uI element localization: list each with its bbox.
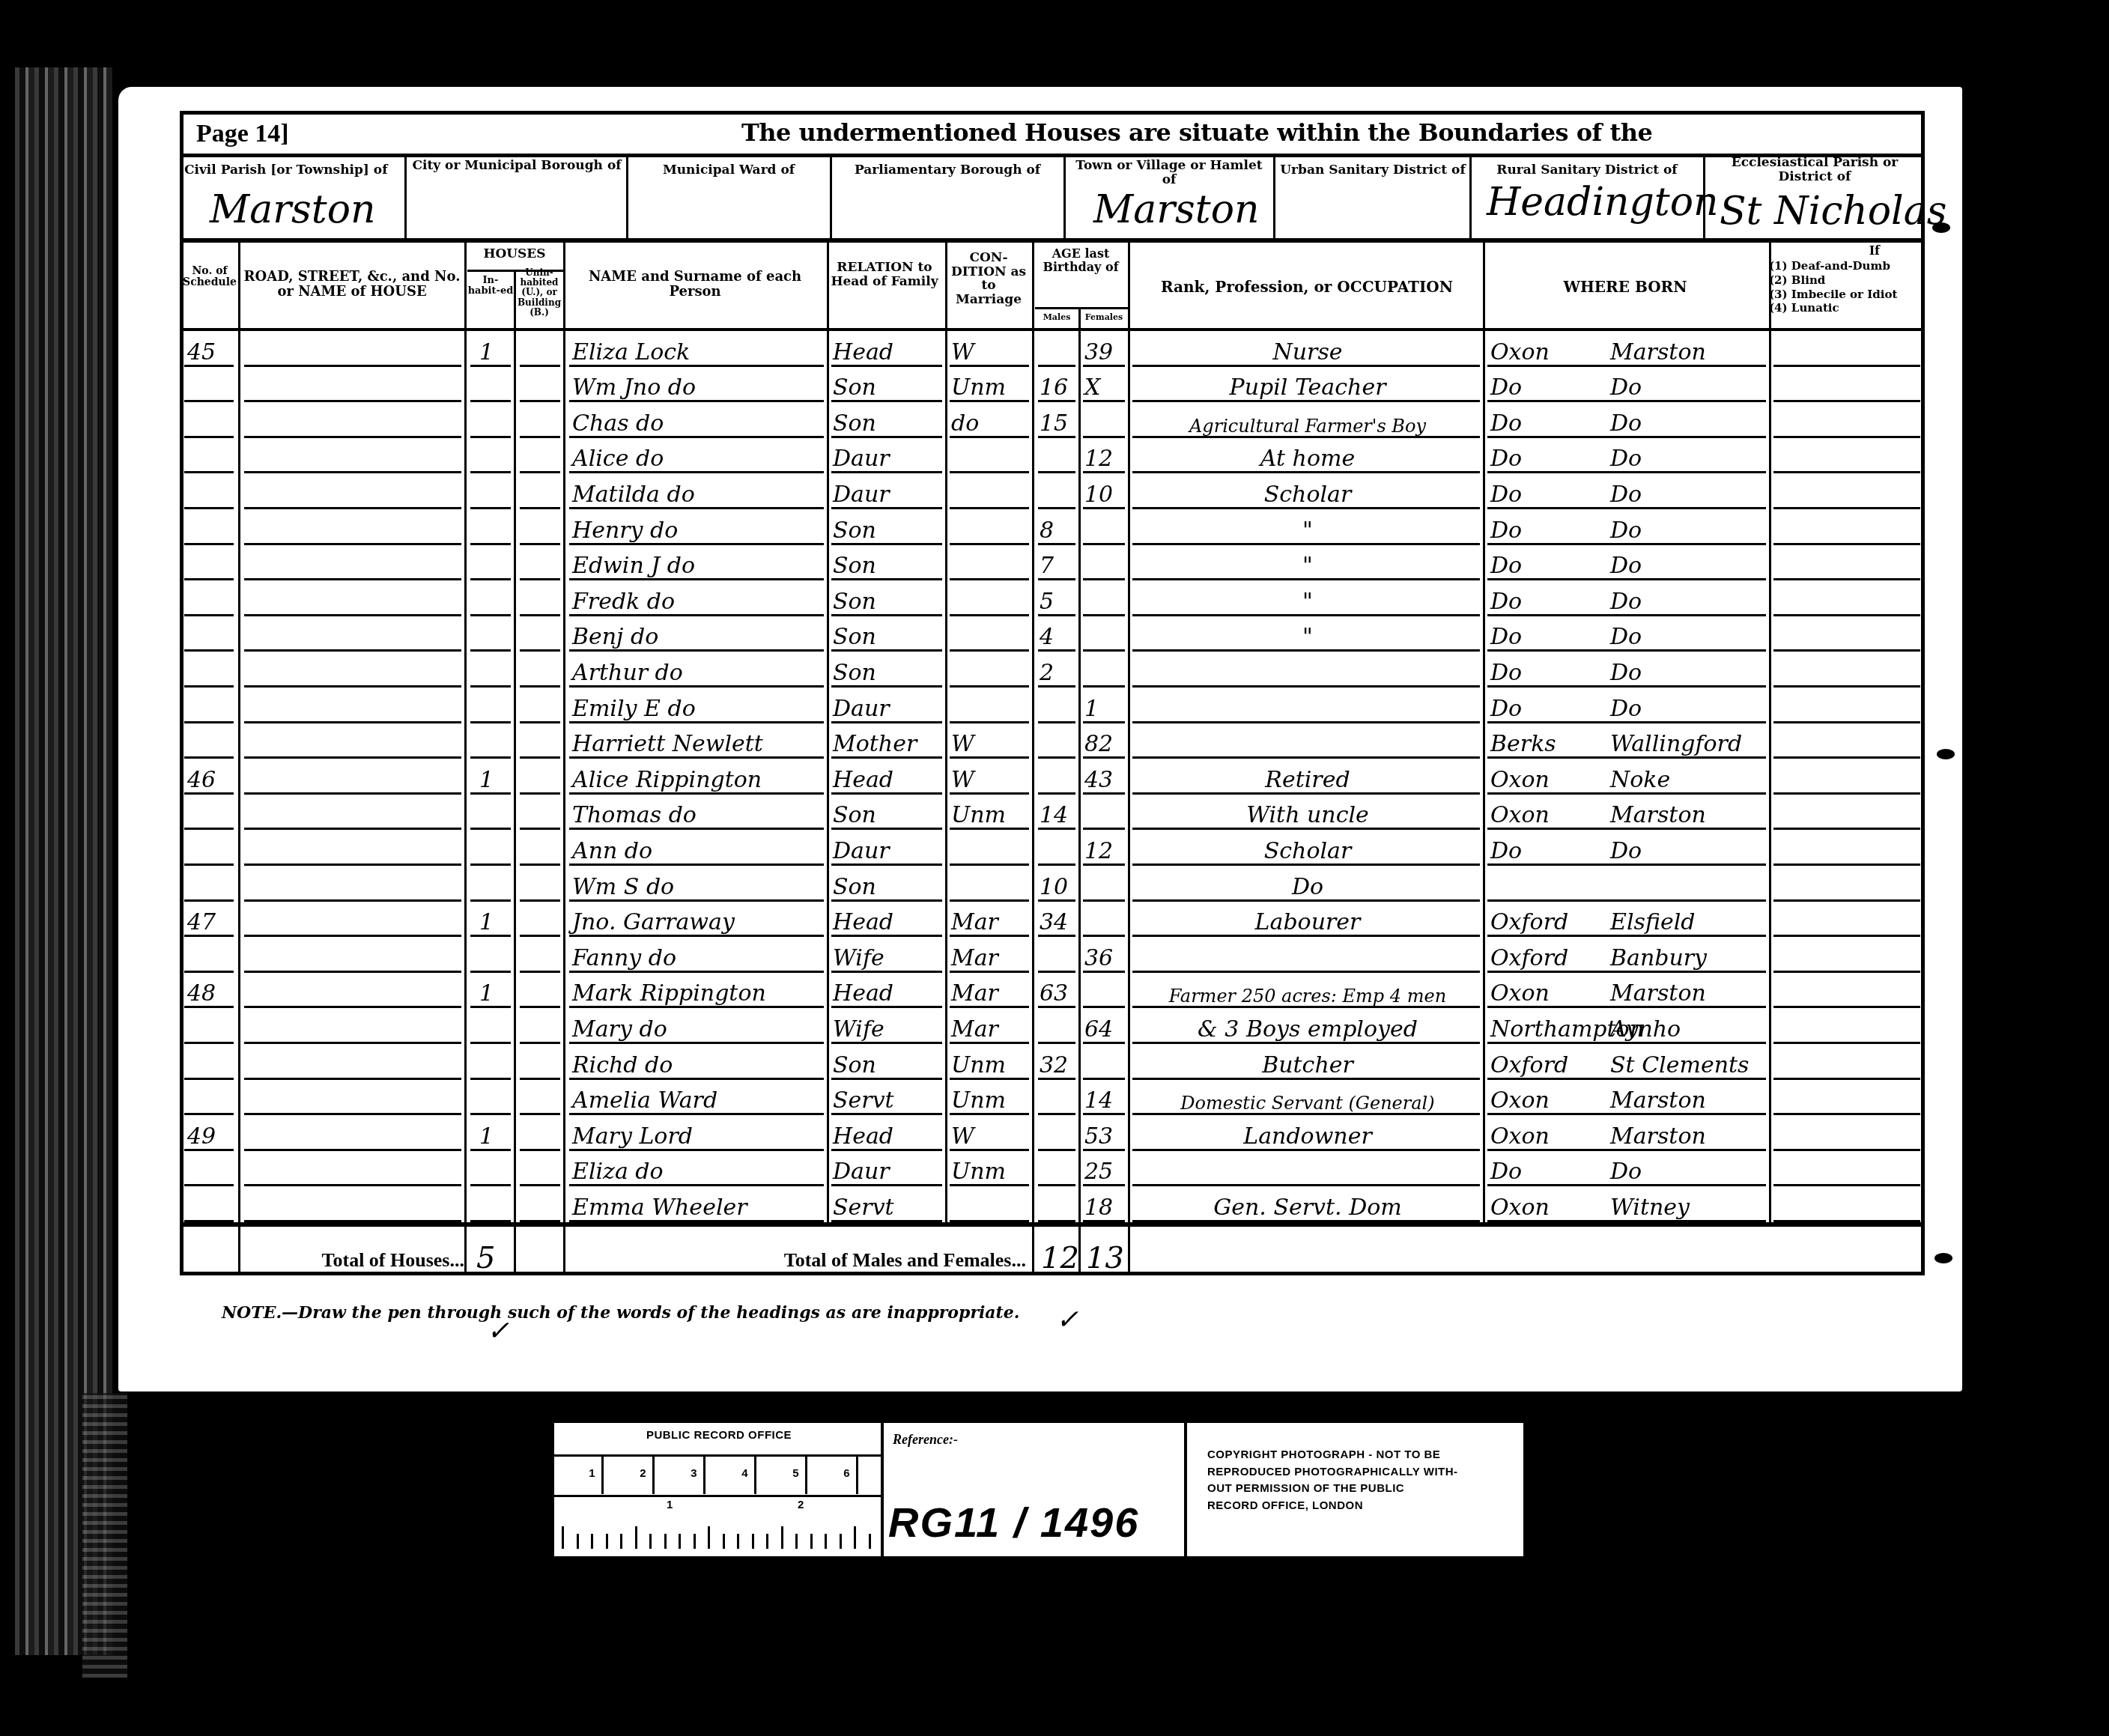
scale-cell: 3 [656, 1457, 705, 1494]
col-females-header: Females [1081, 313, 1126, 322]
row-rule [520, 935, 560, 937]
cell-occupation: Domestic Servant (General) [1135, 1080, 1480, 1116]
cell-female-age: X [1084, 367, 1126, 403]
cell-born-county: Oxford [1490, 937, 1603, 973]
cell-female-age [1084, 580, 1126, 616]
row-rule [244, 864, 461, 866]
infirmity-option: (2) Blind [1769, 273, 1923, 288]
cell-born-county: Do [1490, 545, 1603, 581]
divider [1063, 156, 1066, 240]
column-divider [514, 270, 516, 1273]
cell-male-age [1040, 830, 1077, 866]
cell-name: Ann do [572, 830, 824, 866]
row-rule [244, 685, 461, 688]
cell-schedule [187, 402, 232, 438]
cell-born-county: Oxon [1490, 1115, 1603, 1151]
row-rule [244, 1149, 461, 1151]
row-rule [244, 1113, 461, 1115]
cell-born-county: Do [1490, 652, 1603, 688]
col-relation-header: RELATION to Head of Family [828, 261, 941, 288]
cell-relation: Wife [833, 937, 942, 973]
cell-male-age [1040, 331, 1077, 367]
cell-relation: Daur [833, 438, 942, 474]
scale-tick [825, 1534, 827, 1549]
column-divider [563, 241, 565, 1275]
scale-tick [708, 1526, 710, 1549]
cell-born-place: Wallingford [1610, 723, 1767, 759]
boundary-rural-sanitary-value: Headington [1487, 180, 1719, 225]
cell-female-age: 12 [1084, 438, 1126, 474]
cell-born-place: Do [1610, 509, 1767, 545]
cell-male-age: 2 [1040, 652, 1077, 688]
row-rule [1773, 578, 1920, 580]
cell-name: Benj do [572, 616, 824, 652]
cell-relation: Servt [833, 1186, 942, 1222]
cell-relation: Daur [833, 688, 942, 723]
cell-occupation: " [1135, 580, 1480, 616]
total-females-value: 13 [1086, 1243, 1124, 1273]
row-rule [1773, 1078, 1920, 1080]
cell-condition [951, 473, 1029, 509]
cell-occupation: " [1135, 545, 1480, 581]
boundary-civil-parish-value: Marston [210, 187, 375, 232]
row-rule [1773, 1006, 1920, 1008]
cell-condition: W [951, 331, 1029, 367]
cell-inhabited [479, 509, 509, 545]
cell-name: Edwin J do [572, 545, 824, 581]
row-rule [520, 436, 560, 438]
row-rule [1773, 649, 1920, 652]
cell-female-age [1084, 545, 1126, 581]
cell-inhabited [479, 1151, 509, 1187]
row-rule [520, 649, 560, 652]
cell-relation: Son [833, 616, 942, 652]
row-rule [520, 1006, 560, 1008]
cell-occupation: With uncle [1135, 795, 1480, 831]
scan-edge-left-lower [82, 1393, 127, 1678]
copyright-line: REPRODUCED PHOTOGRAPHICALLY WITH- [1207, 1464, 1458, 1481]
scale-tick [562, 1526, 564, 1549]
cell-occupation: & 3 Boys employed [1135, 1008, 1480, 1044]
cell-born-place: Do [1610, 1151, 1767, 1187]
cell-name: Thomas do [572, 795, 824, 831]
cell-relation: Daur [833, 1151, 942, 1187]
footnote: NOTE.—Draw the pen through such of the w… [222, 1303, 1019, 1323]
cell-inhabited: 1 [479, 973, 509, 1009]
scale-label: 2 [798, 1499, 804, 1511]
cell-male-age: 34 [1040, 902, 1077, 938]
cell-inhabited [479, 1080, 509, 1116]
cell-female-age: 82 [1084, 723, 1126, 759]
cell-inhabited [479, 688, 509, 723]
cell-male-age [1040, 1151, 1077, 1187]
cell-inhabited [479, 937, 509, 973]
cell-schedule [187, 795, 232, 831]
row-rule [244, 1006, 461, 1008]
row-rule [1773, 828, 1920, 830]
cell-born-county: Oxon [1490, 1080, 1603, 1116]
scale-tick [854, 1526, 856, 1549]
row-rule [520, 365, 560, 367]
cell-relation: Son [833, 545, 942, 581]
cell-male-age: 14 [1040, 795, 1077, 831]
col-where-born-header: WHERE BORN [1483, 279, 1767, 295]
infirmity-option: (1) Deaf-and-Dumb [1769, 259, 1923, 273]
divider [626, 156, 628, 240]
cell-inhabited [479, 580, 509, 616]
stamp-scale-top: 123456 [554, 1457, 884, 1494]
cell-born-place: Do [1610, 688, 1767, 723]
scale-tick [679, 1534, 681, 1549]
boundary-town-label: Town or Village or Hamlet of [1068, 159, 1270, 186]
cell-condition: Unm [951, 795, 1029, 831]
cell-name: Wm Jno do [572, 367, 824, 403]
cell-born-county: Do [1490, 688, 1603, 723]
divider [180, 238, 1925, 243]
cell-name: Fredk do [572, 580, 824, 616]
cell-female-age: 25 [1084, 1151, 1126, 1187]
row-rule [520, 1042, 560, 1044]
cell-schedule [187, 616, 232, 652]
cell-relation: Head [833, 973, 942, 1009]
cell-name: Alice Rippington [572, 759, 824, 795]
row-rule [244, 614, 461, 616]
cell-schedule: 45 [187, 331, 232, 367]
scale-tick [577, 1534, 579, 1549]
row-rule [1773, 1042, 1920, 1044]
cell-condition [951, 830, 1029, 866]
cell-condition: Unm [951, 1044, 1029, 1080]
col-inhabited-header: In-habit-ed [467, 276, 514, 297]
infirmity-option: (4) Lunatic [1769, 301, 1923, 315]
scale-cell: 5 [758, 1457, 807, 1494]
row-rule [520, 792, 560, 795]
cell-relation: Head [833, 902, 942, 938]
cell-name: Wm S do [572, 866, 824, 902]
row-rule [1773, 721, 1920, 723]
row-rule [520, 971, 560, 973]
cell-condition: Mar [951, 1008, 1029, 1044]
cell-relation: Head [833, 759, 942, 795]
stamp-scale-block: PUBLIC RECORD OFFICE 123456 12 [554, 1423, 884, 1556]
column-divider [238, 241, 240, 1275]
row-rule [520, 864, 560, 866]
cell-occupation [1135, 688, 1480, 723]
cell-male-age [1040, 1186, 1077, 1222]
cell-born-county: Oxon [1490, 973, 1603, 1009]
row-rule [520, 756, 560, 759]
cell-born-place: Witney [1610, 1186, 1767, 1222]
cell-relation: Son [833, 866, 942, 902]
scale-tick [795, 1534, 798, 1549]
boundary-rural-sanitary-label: Rural Sanitary District of [1474, 163, 1700, 177]
row-rule [520, 543, 560, 545]
cell-born-place: Marston [1610, 1080, 1767, 1116]
cell-male-age [1040, 723, 1077, 759]
cell-condition [951, 866, 1029, 902]
cell-name: Mary Lord [572, 1115, 824, 1151]
col-occupation-header: Rank, Profession, or OCCUPATION [1131, 279, 1483, 295]
row-rule [520, 1184, 560, 1186]
cell-schedule [187, 937, 232, 973]
cell-born-place: Do [1610, 616, 1767, 652]
scale-tick [664, 1534, 667, 1549]
cell-name: Richd do [572, 1044, 824, 1080]
cell-condition: Unm [951, 1080, 1029, 1116]
cell-male-age [1040, 937, 1077, 973]
cell-born-county: Oxford [1490, 1044, 1603, 1080]
cell-schedule [187, 545, 232, 581]
cell-name: Alice do [572, 438, 824, 474]
row-rule [520, 685, 560, 688]
boundary-ward-label: Municipal Ward of [631, 163, 827, 177]
cell-inhabited [479, 1044, 509, 1080]
infirmity-option: (3) Imbecile or Idiot [1769, 288, 1923, 302]
scale-tick [766, 1534, 768, 1549]
cell-born-place: Do [1610, 652, 1767, 688]
cell-condition: W [951, 759, 1029, 795]
col-uninhabited-header: Unin-habited (U.), or Building (B.) [517, 268, 562, 318]
row-rule [244, 828, 461, 830]
cell-born-county: Northampton [1490, 1008, 1603, 1044]
cell-female-age: 53 [1084, 1115, 1126, 1151]
scale-tick [840, 1534, 842, 1549]
cell-inhabited: 1 [479, 759, 509, 795]
cell-inhabited [479, 367, 509, 403]
row-rule [1773, 471, 1920, 473]
cell-relation: Son [833, 652, 942, 688]
total-houses-label: Total of Houses... [300, 1249, 464, 1272]
cell-born-county: Do [1490, 473, 1603, 509]
cell-name: Matilda do [572, 473, 824, 509]
cell-schedule [187, 688, 232, 723]
cell-born-place: Do [1610, 830, 1767, 866]
row-rule [244, 935, 461, 937]
cell-female-age: 12 [1084, 830, 1126, 866]
cell-condition [951, 1186, 1029, 1222]
boundary-ecclesiastical-value: St Nicholas [1720, 189, 1946, 234]
cell-schedule [187, 509, 232, 545]
cell-name: Jno. Garraway [572, 902, 824, 938]
cell-schedule: 47 [187, 902, 232, 938]
cell-born-county: Do [1490, 616, 1603, 652]
scale-tick [869, 1534, 871, 1549]
cell-occupation: " [1135, 616, 1480, 652]
scale-cell: 6 [809, 1457, 858, 1494]
row-rule [244, 365, 461, 367]
boundary-city-label: City or Municipal Borough of [409, 159, 625, 173]
boundary-parl-borough-label: Parliamentary Borough of [834, 163, 1060, 177]
row-rule [1773, 543, 1920, 545]
row-rule [520, 614, 560, 616]
cell-name: Emma Wheeler [572, 1186, 824, 1222]
row-rule [1773, 935, 1920, 937]
cell-occupation [1135, 723, 1480, 759]
column-divider [1483, 241, 1485, 1225]
cell-occupation: Agricultural Farmer's Boy [1135, 402, 1480, 438]
cell-born-county: Oxon [1490, 1186, 1603, 1222]
cell-inhabited [479, 866, 509, 902]
cell-born-place: Do [1610, 367, 1767, 403]
scale-tick [810, 1534, 813, 1549]
cell-born-place: Marston [1610, 1115, 1767, 1151]
cell-name: Eliza Lock [572, 331, 824, 367]
cell-relation: Son [833, 402, 942, 438]
cell-born-place: Noke [1610, 759, 1767, 795]
cell-male-age: 4 [1040, 616, 1077, 652]
boundary-ecclesiastical-label: Ecclesiastical Parish or District of [1708, 156, 1922, 183]
column-divider [1078, 307, 1081, 1273]
column-divider [1128, 241, 1130, 1275]
cell-male-age: 15 [1040, 402, 1077, 438]
cell-female-age: 1 [1084, 688, 1126, 723]
cell-inhabited [479, 616, 509, 652]
cell-female-age [1084, 616, 1126, 652]
cell-schedule [187, 1080, 232, 1116]
row-rule [1773, 436, 1920, 438]
cell-born-county: Do [1490, 367, 1603, 403]
cell-born-place: Do [1610, 473, 1767, 509]
row-rule [244, 436, 461, 438]
copyright-line: COPYRIGHT PHOTOGRAPH - NOT TO BE [1207, 1447, 1458, 1464]
cell-born-county: Oxon [1490, 331, 1603, 367]
cell-occupation: Butcher [1135, 1044, 1480, 1080]
cell-schedule [187, 1151, 232, 1187]
total-males-value: 12 [1041, 1243, 1079, 1273]
cell-occupation: Labourer [1135, 902, 1480, 938]
divider [180, 1222, 1925, 1227]
cell-born-county: Oxon [1490, 795, 1603, 831]
row-rule [520, 899, 560, 902]
cell-relation: Son [833, 795, 942, 831]
row-rule [244, 1184, 461, 1186]
cell-schedule [187, 1186, 232, 1222]
cell-occupation: Farmer 250 acres: Emp 4 men [1135, 973, 1480, 1009]
boundary-town-value: Marston [1093, 187, 1259, 232]
cell-born-place: Banbury [1610, 937, 1767, 973]
cell-condition: do [951, 402, 1029, 438]
scale-tick [752, 1534, 754, 1549]
cell-inhabited [479, 1008, 509, 1044]
cell-name: Mary do [572, 1008, 824, 1044]
cell-male-age: 32 [1040, 1044, 1077, 1080]
cell-relation: Son [833, 367, 942, 403]
cell-condition: W [951, 1115, 1029, 1151]
cell-occupation: Scholar [1135, 473, 1480, 509]
divider [1035, 307, 1128, 309]
cell-inhabited [479, 1186, 509, 1222]
cell-male-age: 63 [1040, 973, 1077, 1009]
row-rule [520, 828, 560, 830]
cell-occupation: Scholar [1135, 830, 1480, 866]
row-rule [244, 543, 461, 545]
cell-male-age: 8 [1040, 509, 1077, 545]
cell-occupation: Gen. Servt. Dom [1135, 1186, 1480, 1222]
cell-occupation: " [1135, 509, 1480, 545]
scale-tick [620, 1534, 622, 1549]
cell-relation: Son [833, 580, 942, 616]
col-condition-header: CON-DITION as to Marriage [947, 251, 1031, 307]
row-rule [520, 400, 560, 402]
row-rule [520, 1113, 560, 1115]
cell-inhabited [479, 473, 509, 509]
scale-cell: 2 [605, 1457, 655, 1494]
row-rule [244, 649, 461, 652]
row-rule [520, 507, 560, 509]
cell-relation: Son [833, 1044, 942, 1080]
boundary-urban-sanitary-label: Urban Sanitary District of [1278, 163, 1468, 177]
binding-hole [1937, 749, 1955, 759]
cell-female-age: 36 [1084, 937, 1126, 973]
col-schedule-header: No. of Schedule [183, 266, 237, 289]
check-mark: ✓ [1056, 1307, 1078, 1334]
cell-schedule: 49 [187, 1115, 232, 1151]
cell-born-county: Oxon [1490, 759, 1603, 795]
row-rule [1773, 971, 1920, 973]
row-rule [244, 400, 461, 402]
cell-name: Eliza do [572, 1151, 824, 1187]
cell-inhabited: 1 [479, 331, 509, 367]
cell-born-county: Do [1490, 580, 1603, 616]
cell-female-age [1084, 795, 1126, 831]
cell-male-age [1040, 1008, 1077, 1044]
copyright-line: RECORD OFFICE, LONDON [1207, 1498, 1458, 1515]
cell-relation: Son [833, 509, 942, 545]
row-rule [244, 1042, 461, 1044]
row-rule [1773, 899, 1920, 902]
row-rule [520, 1078, 560, 1080]
cell-female-age [1084, 866, 1126, 902]
cell-born-place: Do [1610, 402, 1767, 438]
col-road-header: ROAD, STREET, &c., and No. or NAME of HO… [243, 270, 461, 300]
cell-female-age: 10 [1084, 473, 1126, 509]
cell-schedule [187, 652, 232, 688]
cell-occupation: Landowner [1135, 1115, 1480, 1151]
cell-occupation [1135, 652, 1480, 688]
stamp-copyright: COPYRIGHT PHOTOGRAPH - NOT TO BE REPRODU… [1207, 1447, 1458, 1514]
cell-condition [951, 509, 1029, 545]
cell-born-place: Marston [1610, 973, 1767, 1009]
row-rule [1773, 1149, 1920, 1151]
cell-name: Chas do [572, 402, 824, 438]
cell-female-age: 18 [1084, 1186, 1126, 1222]
cell-inhabited: 1 [479, 1115, 509, 1151]
scale-tick [649, 1534, 652, 1549]
stamp-reference-value: RG11 / 1496 [888, 1498, 1139, 1547]
cell-inhabited: 1 [479, 902, 509, 938]
cell-schedule [187, 830, 232, 866]
cell-name: Amelia Ward [572, 1080, 824, 1116]
scale-tick [591, 1534, 593, 1549]
cell-born-place: Do [1610, 438, 1767, 474]
cell-schedule [187, 723, 232, 759]
stamp-reference-block: Reference:- RG11 / 1496 [884, 1423, 1187, 1556]
divider [1469, 156, 1472, 240]
cell-female-age [1084, 1044, 1126, 1080]
row-rule [520, 471, 560, 473]
cell-male-age [1040, 1115, 1077, 1151]
cell-male-age: 5 [1040, 580, 1077, 616]
cell-female-age [1084, 402, 1126, 438]
cell-schedule: 46 [187, 759, 232, 795]
cell-inhabited [479, 652, 509, 688]
record-office-stamp: PUBLIC RECORD OFFICE 123456 12 Reference… [551, 1420, 1526, 1559]
scale-cell: 4 [707, 1457, 756, 1494]
row-rule [244, 756, 461, 759]
col-infirmity-options: (1) Deaf-and-Dumb (2) Blind (3) Imbecile… [1769, 259, 1923, 315]
cell-female-age [1084, 973, 1126, 1009]
cell-schedule [187, 580, 232, 616]
